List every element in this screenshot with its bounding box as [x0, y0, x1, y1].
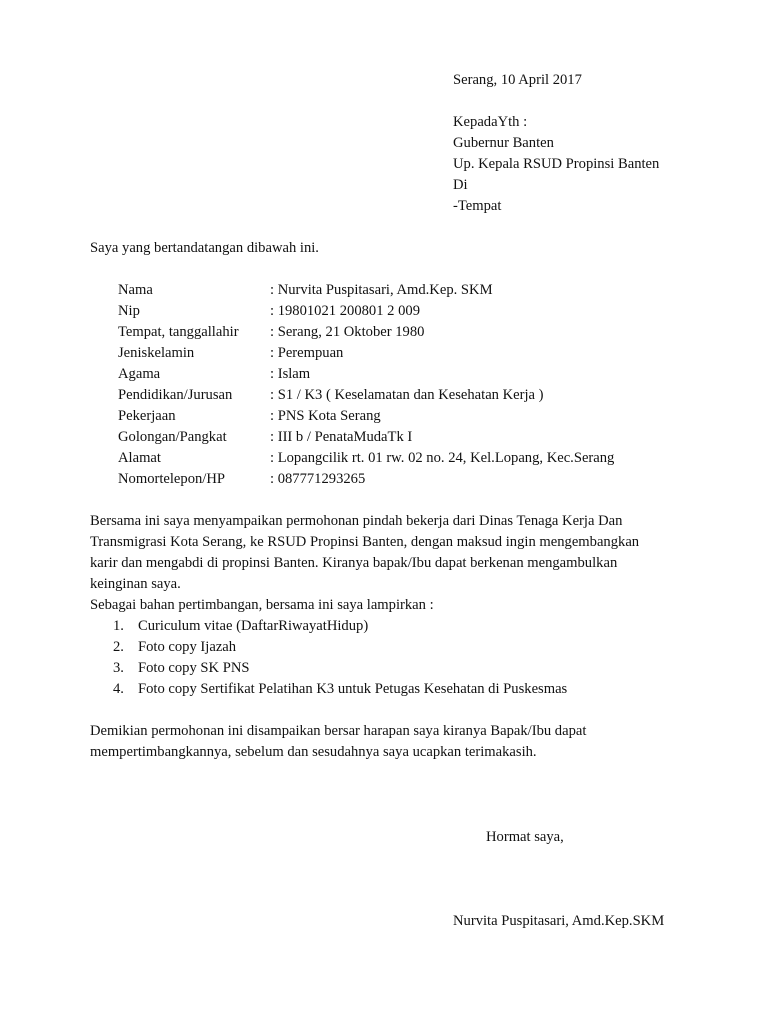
body-paragraph: Bersama ini saya menyampaikan permohonan… [90, 511, 690, 616]
identity-value: : Lopangcilik rt. 01 rw. 02 no. 24, Kel.… [270, 448, 614, 469]
identity-row: Jeniskelamin : Perempuan [118, 343, 614, 364]
paragraph-line: Demikian permohonan ini disampaikan bers… [90, 721, 690, 742]
identity-value: : III b / PenataMudaTk I [270, 427, 412, 448]
identity-row: Agama : Islam [118, 364, 614, 385]
attachment-item: 3. Foto copy SK PNS [113, 658, 567, 679]
identity-value: : Islam [270, 364, 310, 385]
identity-row: Nama : Nurvita Puspitasari, Amd.Kep. SKM [118, 280, 614, 301]
attachment-text: Foto copy SK PNS [138, 658, 250, 679]
identity-value: : S1 / K3 ( Keselamatan dan Kesehatan Ke… [270, 385, 544, 406]
identity-label: Jeniskelamin [118, 343, 270, 364]
identity-value: : 19801021 200801 2 009 [270, 301, 420, 322]
identity-row: Pendidikan/Jurusan : S1 / K3 ( Keselamat… [118, 385, 614, 406]
attachment-number: 4. [113, 679, 138, 700]
identity-row: Nomortelepon/HP : 087771293265 [118, 469, 614, 490]
identity-value: : PNS Kota Serang [270, 406, 381, 427]
identity-row: Pekerjaan : PNS Kota Serang [118, 406, 614, 427]
identity-label: Agama [118, 364, 270, 385]
paragraph-line: karir dan mengabdi di propinsi Banten. K… [90, 553, 690, 574]
paragraph-line: keinginan saya. [90, 574, 690, 595]
identity-table: Nama : Nurvita Puspitasari, Amd.Kep. SKM… [118, 280, 614, 490]
identity-row: Golongan/Pangkat : III b / PenataMudaTk … [118, 427, 614, 448]
attachment-number: 1. [113, 616, 138, 637]
identity-label: Nip [118, 301, 270, 322]
attachment-item: 4. Foto copy Sertifikat Pelatihan K3 unt… [113, 679, 567, 700]
signature-name: Nurvita Puspitasari, Amd.Kep.SKM [453, 911, 664, 932]
attachment-text: Foto copy Sertifikat Pelatihan K3 untuk … [138, 679, 567, 700]
identity-value: : Perempuan [270, 343, 343, 364]
identity-label: Pekerjaan [118, 406, 270, 427]
recipient-salutation: KepadaYth : [453, 112, 659, 133]
recipient-line: Gubernur Banten [453, 133, 659, 154]
attachment-text: Foto copy Ijazah [138, 637, 236, 658]
attachment-list: 1. Curiculum vitae (DaftarRiwayatHidup) … [113, 616, 567, 700]
attachment-item: 2. Foto copy Ijazah [113, 637, 567, 658]
attachment-number: 3. [113, 658, 138, 679]
letter-page: Serang, 10 April 2017 KepadaYth : Gubern… [0, 0, 768, 1024]
paragraph-line: Bersama ini saya menyampaikan permohonan… [90, 511, 690, 532]
closing-salutation: Hormat saya, [486, 827, 564, 848]
paragraph-line: Transmigrasi Kota Serang, ke RSUD Propin… [90, 532, 690, 553]
paragraph-line: mempertimbangkannya, sebelum dan sesudah… [90, 742, 690, 763]
identity-value: : Nurvita Puspitasari, Amd.Kep. SKM [270, 280, 493, 301]
identity-label: Alamat [118, 448, 270, 469]
recipient-line: Di [453, 175, 659, 196]
identity-value: : Serang, 21 Oktober 1980 [270, 322, 424, 343]
recipient-block: Serang, 10 April 2017 KepadaYth : Gubern… [453, 70, 659, 217]
intro-text: Saya yang bertandatangan dibawah ini. [90, 238, 319, 259]
identity-label: Nama [118, 280, 270, 301]
identity-row: Nip : 19801021 200801 2 009 [118, 301, 614, 322]
attachment-number: 2. [113, 637, 138, 658]
place-date: Serang, 10 April 2017 [453, 70, 659, 91]
paragraph-line: Sebagai bahan pertimbangan, bersama ini … [90, 595, 690, 616]
identity-value: : 087771293265 [270, 469, 365, 490]
identity-label: Pendidikan/Jurusan [118, 385, 270, 406]
attachment-item: 1. Curiculum vitae (DaftarRiwayatHidup) [113, 616, 567, 637]
identity-row: Tempat, tanggallahir : Serang, 21 Oktobe… [118, 322, 614, 343]
identity-label: Tempat, tanggallahir [118, 322, 270, 343]
recipient-line: Up. Kepala RSUD Propinsi Banten [453, 154, 659, 175]
identity-row: Alamat : Lopangcilik rt. 01 rw. 02 no. 2… [118, 448, 614, 469]
recipient-line: -Tempat [453, 196, 659, 217]
attachment-text: Curiculum vitae (DaftarRiwayatHidup) [138, 616, 368, 637]
closing-paragraph: Demikian permohonan ini disampaikan bers… [90, 721, 690, 763]
identity-label: Nomortelepon/HP [118, 469, 270, 490]
identity-label: Golongan/Pangkat [118, 427, 270, 448]
